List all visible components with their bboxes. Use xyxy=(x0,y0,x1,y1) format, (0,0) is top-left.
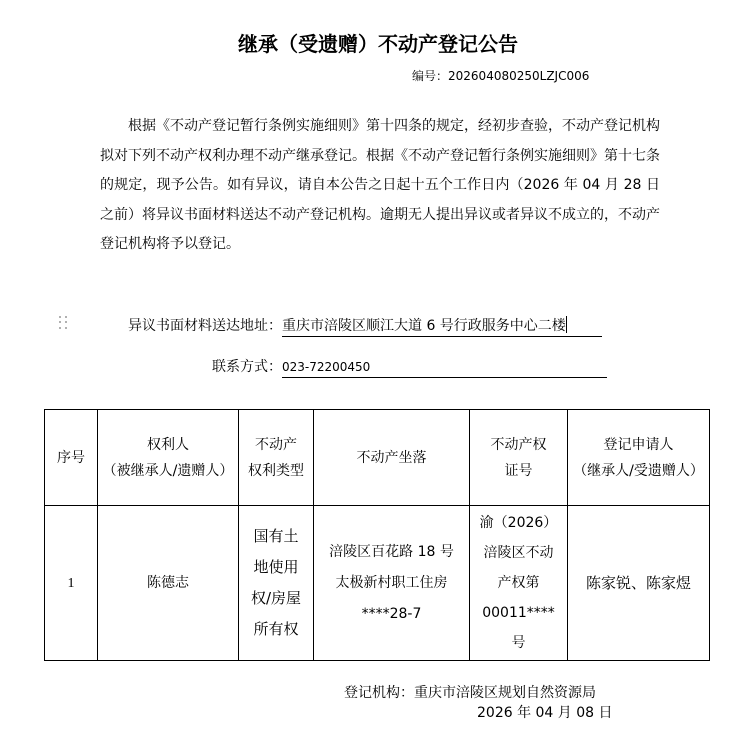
contact-row: 联系方式：023-72200450 xyxy=(212,357,607,378)
objection-address-row: 异议书面材料送达地址：重庆市涪陵区顺江大道 6 号行政服务中心二楼 xyxy=(128,316,602,337)
text-cursor xyxy=(566,316,567,333)
contact-field[interactable]: 023-72200450 xyxy=(282,357,607,378)
cell-right-type: 国有土 地使用 权/房屋 所有权 xyxy=(239,506,314,661)
page-title: 继承（受遗赠）不动产登记公告 xyxy=(0,30,756,58)
header-right-holder: 权利人（被继承人/遗赠人） xyxy=(98,410,239,506)
objection-address-value: 重庆市涪陵区顺江大道 6 号行政服务中心二楼 xyxy=(282,318,566,334)
header-location: 不动产坐落 xyxy=(314,410,470,506)
drag-handle-icon[interactable] xyxy=(59,316,69,330)
objection-address-label: 异议书面材料送达地址： xyxy=(128,316,282,336)
contact-label: 联系方式： xyxy=(212,357,282,377)
contact-value: 023-72200450 xyxy=(282,360,370,374)
cell-location: 涪陵区百花路 18 号 太极新村职工住房 ****28-7 xyxy=(314,506,470,661)
header-index: 序号 xyxy=(45,410,98,506)
cell-applicants: 陈家锐、陈家煜 xyxy=(568,506,710,661)
registration-authority: 登记机构：重庆市涪陵区规划自然资源局 xyxy=(344,683,596,703)
announcement-text: 根据《不动产登记暂行条例实施细则》第十四条的规定，经初步查验，不动产登记机构拟对… xyxy=(100,118,660,252)
objection-address-field[interactable]: 重庆市涪陵区顺江大道 6 号行政服务中心二楼 xyxy=(282,316,602,337)
doc-number-value: 202604080250LZJC006 xyxy=(448,69,589,83)
table-header-row: 序号 权利人（被继承人/遗赠人） 不动产权利类型 不动产坐落 不动产权证号 登记… xyxy=(45,410,710,506)
table-row: 1 陈德志 国有土 地使用 权/房屋 所有权 涪陵区百花路 18 号 太极新村职… xyxy=(45,506,710,661)
authority-value: 重庆市涪陵区规划自然资源局 xyxy=(414,685,596,701)
doc-number: 编号：202604080250LZJC006 xyxy=(412,67,589,85)
header-applicants: 登记申请人（继承人/受遗赠人） xyxy=(568,410,710,506)
announcement-body: 根据《不动产登记暂行条例实施细则》第十四条的规定，经初步查验，不动产登记机构拟对… xyxy=(100,112,660,260)
announcement-date: 2026 年 04 月 08 日 xyxy=(477,703,613,723)
cell-index: 1 xyxy=(45,506,98,661)
cell-right-holder: 陈德志 xyxy=(98,506,239,661)
cell-cert-no: 渝（2026） 涪陵区不动 产权第 00011**** 号 xyxy=(470,506,568,661)
doc-number-label: 编号： xyxy=(412,69,448,83)
header-right-type: 不动产权利类型 xyxy=(239,410,314,506)
header-cert-no: 不动产权证号 xyxy=(470,410,568,506)
registration-table: 序号 权利人（被继承人/遗赠人） 不动产权利类型 不动产坐落 不动产权证号 登记… xyxy=(44,409,710,661)
authority-label: 登记机构： xyxy=(344,685,414,701)
